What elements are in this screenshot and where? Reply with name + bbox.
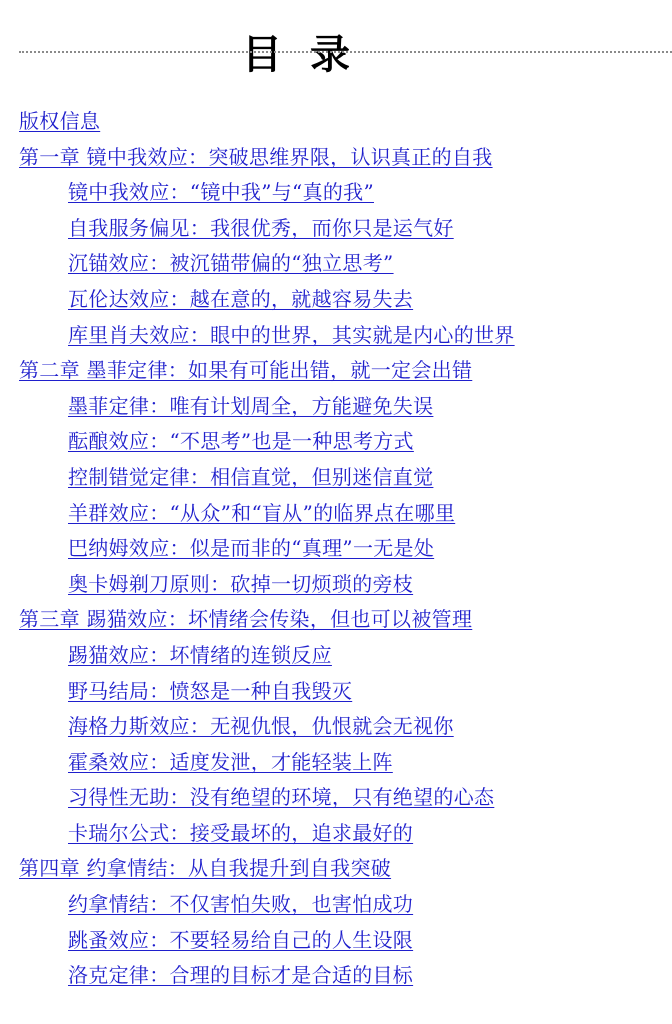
toc-item: 野马结局：愤怒是一种自我毁灭 [0,676,672,712]
toc-item: 第一章 镜中我效应：突破思维界限，认识真正的自我 [0,142,672,178]
toc-item: 版权信息 [0,106,672,142]
title-divider [19,51,672,53]
toc-link-section[interactable]: 洛克定律：合理的目标才是合适的目标 [68,963,413,987]
toc-item: 自我服务偏见：我很优秀，而你只是运气好 [0,213,672,249]
toc-link-section[interactable]: 羊群效应：“从众”和“盲从”的临界点在哪里 [68,501,455,525]
toc-item: 霍桑效应：适度发泄，才能轻装上阵 [0,747,672,783]
toc-item: 镜中我效应：“镜中我”与“真的我” [0,177,672,213]
toc-item: 第三章 踢猫效应：坏情绪会传染，但也可以被管理 [0,604,672,640]
toc-link-section[interactable]: 习得性无助：没有绝望的环境，只有绝望的心态 [68,785,494,809]
toc-item: 卡瑞尔公式：接受最坏的，追求最好的 [0,818,672,854]
toc-link-section[interactable]: 库里肖夫效应：眼中的世界，其实就是内心的世界 [68,323,515,347]
toc-link-section[interactable]: 沉锚效应：被沉锚带偏的“独立思考” [68,251,394,275]
toc-link-chapter-4[interactable]: 第四章 约拿情结：从自我提升到自我突破 [19,856,391,880]
toc-item: 习得性无助：没有绝望的环境，只有绝望的心态 [0,782,672,818]
toc-item: 跳蚤效应：不要轻易给自己的人生设限 [0,925,672,961]
toc-link-section[interactable]: 野马结局：愤怒是一种自我毁灭 [68,679,352,703]
toc-item: 第四章 约拿情结：从自我提升到自我突破 [0,853,672,889]
toc-link-section[interactable]: 霍桑效应：适度发泄，才能轻装上阵 [68,750,393,774]
toc-item: 控制错觉定律：相信直觉，但别迷信直觉 [0,462,672,498]
toc-link-section[interactable]: 巴纳姆效应：似是而非的“真理”一无是处 [68,536,434,560]
toc-item: 踢猫效应：坏情绪的连锁反应 [0,640,672,676]
toc-link-section[interactable]: 瓦伦达效应：越在意的，就越容易失去 [68,287,413,311]
toc-link-chapter-3[interactable]: 第三章 踢猫效应：坏情绪会传染，但也可以被管理 [19,607,472,631]
toc-item: 约拿情结：不仅害怕失败，也害怕成功 [0,889,672,925]
toc-item: 沉锚效应：被沉锚带偏的“独立思考” [0,248,672,284]
page-title: 目录 [0,31,672,79]
toc-item: 海格力斯效应：无视仇恨，仇恨就会无视你 [0,711,672,747]
toc-item: 羊群效应：“从众”和“盲从”的临界点在哪里 [0,498,672,534]
toc-item: 瓦伦达效应：越在意的，就越容易失去 [0,284,672,320]
table-of-contents: 版权信息 第一章 镜中我效应：突破思维界限，认识真正的自我 镜中我效应：“镜中我… [0,106,672,996]
toc-link-section[interactable]: 卡瑞尔公式：接受最坏的，追求最好的 [68,821,413,845]
toc-link-section[interactable]: 约拿情结：不仅害怕失败，也害怕成功 [68,892,413,916]
toc-link-copyright[interactable]: 版权信息 [19,109,100,133]
toc-item: 巴纳姆效应：似是而非的“真理”一无是处 [0,533,672,569]
toc-link-section[interactable]: 镜中我效应：“镜中我”与“真的我” [68,180,374,204]
toc-link-section[interactable]: 墨菲定律：唯有计划周全，方能避免失误 [68,394,433,418]
toc-link-chapter-1[interactable]: 第一章 镜中我效应：突破思维界限，认识真正的自我 [19,145,493,169]
toc-item: 奥卡姆剃刀原则：砍掉一切烦琐的旁枝 [0,569,672,605]
toc-item: 洛克定律：合理的目标才是合适的目标 [0,960,672,996]
toc-item: 第二章 墨菲定律：如果有可能出错，就一定会出错 [0,355,672,391]
toc-link-section[interactable]: 控制错觉定律：相信直觉，但别迷信直觉 [68,465,433,489]
toc-link-section[interactable]: 奥卡姆剃刀原则：砍掉一切烦琐的旁枝 [68,572,413,596]
toc-item: 墨菲定律：唯有计划周全，方能避免失误 [0,391,672,427]
toc-link-chapter-2[interactable]: 第二章 墨菲定律：如果有可能出错，就一定会出错 [19,358,472,382]
toc-item: 库里肖夫效应：眼中的世界，其实就是内心的世界 [0,320,672,356]
toc-link-section[interactable]: 海格力斯效应：无视仇恨，仇恨就会无视你 [68,714,454,738]
toc-link-section[interactable]: 自我服务偏见：我很优秀，而你只是运气好 [68,216,454,240]
toc-item: 酝酿效应：“不思考”也是一种思考方式 [0,426,672,462]
toc-link-section[interactable]: 跳蚤效应：不要轻易给自己的人生设限 [68,928,413,952]
toc-link-section[interactable]: 酝酿效应：“不思考”也是一种思考方式 [68,429,414,453]
toc-link-section[interactable]: 踢猫效应：坏情绪的连锁反应 [68,643,332,667]
